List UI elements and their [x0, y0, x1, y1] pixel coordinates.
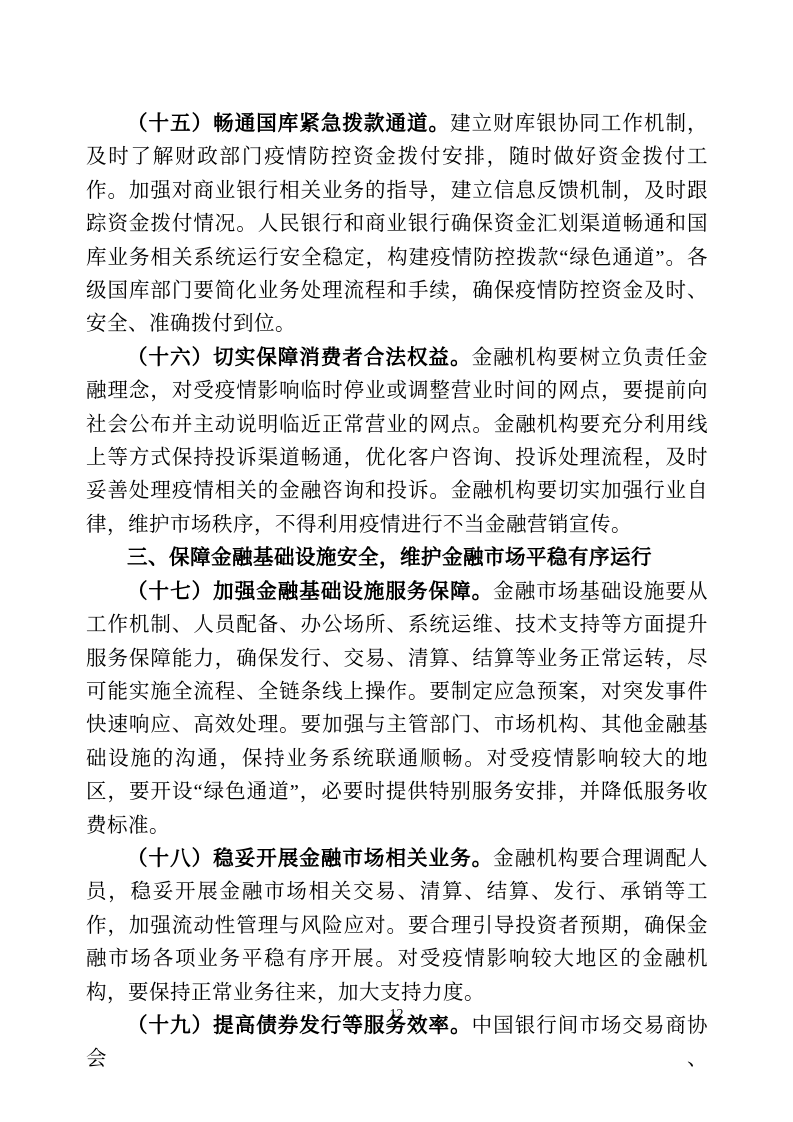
section-18-text: 金融机构要合理调配人员，稳妥开展金融市场相关交易、清算、结算、发行、承销等工作，… [86, 848, 708, 1004]
section-17-title: （十七）加强金融基础设施服务保障。 [127, 581, 493, 603]
document-body: （十五）畅通国库紧急拨款通道。建立财库银协同工作机制，及时了解财政部门疫情防控资… [86, 108, 708, 1077]
document-page: （十五）畅通国库紧急拨款通道。建立财库银协同工作机制，及时了解财政部门疫情防控资… [0, 0, 793, 1122]
chapter-3-heading: 三、保障金融基础设施安全，维护金融市场平稳有序运行 [86, 542, 708, 575]
page-number: 12 [0, 1005, 793, 1025]
section-16-text: 金融机构要树立负责任金融理念，对受疫情影响临时停业或调整营业时间的网点，要提前向… [86, 347, 708, 536]
section-15-text: 建立财库银协同工作机制，及时了解财政部门疫情防控资金拨付安排，随时做好资金拨付工… [86, 113, 708, 335]
section-17-text: 金融市场基础设施要从工作机制、人员配备、办公场所、系统运维、技术支持等方面提升服… [86, 581, 708, 837]
paragraph-section-16: （十六）切实保障消费者合法权益。金融机构要树立负责任金融理念，对受疫情影响临时停… [86, 342, 708, 542]
paragraph-section-15: （十五）畅通国库紧急拨款通道。建立财库银协同工作机制，及时了解财政部门疫情防控资… [86, 108, 708, 342]
paragraph-section-18: （十八）稳妥开展金融市场相关业务。金融机构要合理调配人员，稳妥开展金融市场相关交… [86, 843, 708, 1010]
section-15-title: （十五）畅通国库紧急拨款通道。 [127, 113, 450, 135]
paragraph-section-17: （十七）加强金融基础设施服务保障。金融市场基础设施要从工作机制、人员配备、办公场… [86, 576, 708, 843]
section-16-title: （十六）切实保障消费者合法权益。 [127, 347, 472, 369]
section-18-title: （十八）稳妥开展金融市场相关业务。 [127, 848, 493, 870]
chapter-3-heading-text: 三、保障金融基础设施安全，维护金融市场平稳有序运行 [127, 547, 652, 569]
